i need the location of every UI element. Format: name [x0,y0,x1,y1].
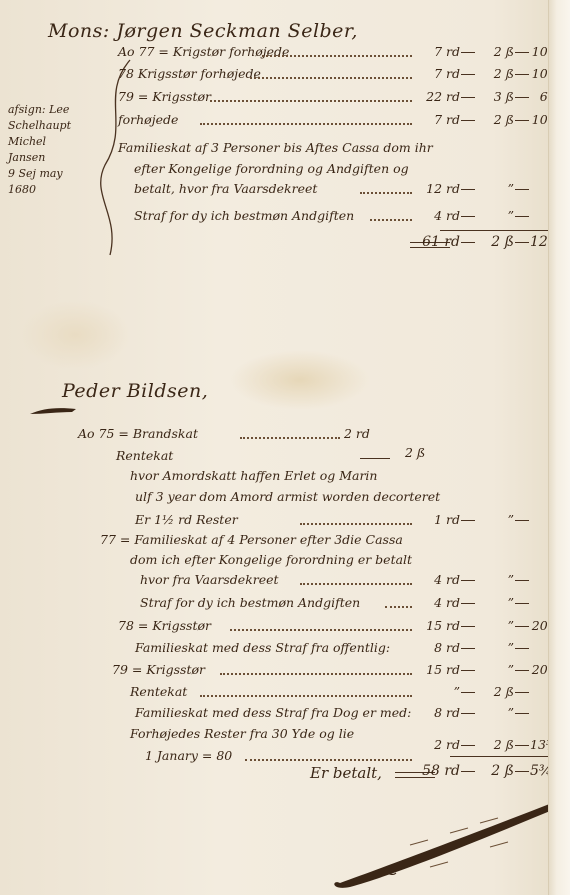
leader-dots [250,77,412,79]
amount-rd: 7 rd [414,66,460,81]
total-mk: 2 ß [476,234,514,250]
leader-dots [240,437,340,439]
amount-row: 4 rd”” [414,595,560,610]
leader-dots [230,629,412,631]
sum-rule [440,230,555,231]
amount-rd: 12 rd [414,181,460,196]
total-label: Er betalt, [310,764,382,782]
paper-stain [20,300,130,370]
leader-dots [220,673,412,675]
amount-row: 4 rd”” [414,208,560,223]
amount-mk: 2 ß [476,684,514,699]
amount-row: 15 rd”20 ß [414,618,560,633]
leader-rule [360,458,390,459]
amount-row: 2 ß [405,445,425,460]
amount-mk: ” [476,595,514,610]
ledger-entry: forhøjede [118,112,178,127]
ledger-entry: 78 Krigsstør forhøjede [118,66,261,81]
margin-note-line: Schelhaupt [8,118,86,134]
ledger-entry: hvor fra Vaarsdekreet [140,572,279,587]
section2-heading: Peder Bildsen, [62,380,208,402]
amount-row: 8 rd”” [414,705,560,720]
amount-rd: 2 rd [344,426,370,441]
ledger-entry: betalt, hvor fra Vaarsdekreet [134,181,317,196]
amount-mk: ” [476,208,514,223]
ledger-entry: 79 = Krigsstør [112,662,205,677]
ledger-entry: Ao 75 = Brandskat [78,426,198,441]
amount-rd: 1 rd [414,512,460,527]
ledger-entry: hvor Amordskatt haffen Erlet og Marin [130,468,377,483]
margin-note: afsign: Lee Schelhaupt Michel Jansen 9 S… [8,102,86,198]
amount-rd: 4 rd [414,572,460,587]
amount-rd: 15 rd [414,618,460,633]
paper-stain [230,350,370,410]
leader-dots [300,523,412,525]
amount-mk: 3 ß [476,89,514,104]
ledger-entry: Straf for dy ich bestmøn Andgiften [140,595,360,610]
ledger-entry: Familieskat med dess Straf fra Dog er me… [135,705,411,720]
leader-dots [370,219,412,221]
amount-mk: ” [476,572,514,587]
amount-rd: 7 rd [414,44,460,59]
leader-dots [210,100,412,102]
amount-row: 8 rd”” [414,640,560,655]
ledger-entry: Familieskat af 3 Personer bis Aftes Cass… [118,140,433,155]
amount-mk: ” [476,662,514,677]
ledger-entry: Familieskat med dess Straf fra offentlig… [135,640,390,655]
leader-dots [245,759,412,761]
margin-note-line: Michel Jansen [8,134,86,166]
amount-mk: 2 ß [476,66,514,81]
amount-row: ”2 ß” [414,684,560,699]
pen-flourish [28,404,78,418]
amount-row: 7 rd2 ß10 ß [414,112,560,127]
amount-mk: 2 ß [405,445,425,460]
total-rd: 58 rd [414,763,460,779]
amount-mk: ” [476,705,514,720]
amount-rd: 4 rd [414,208,460,223]
amount-rd: 8 rd [414,640,460,655]
total-mk: 2 ß [476,763,514,779]
amount-mk: ” [476,512,514,527]
leader-dots [262,55,412,57]
ledger-entry: Rentekat [116,448,173,463]
leader-dots [360,192,412,194]
amount-row: 22 rd3 ß6 ß [414,89,560,104]
manuscript-page: Mons: Jørgen Seckman Selber, afsign: Lee… [0,0,548,895]
ledger-entry: 77 = Familieskat af 4 Personer efter 3di… [100,532,403,547]
amount-rd: ” [414,684,460,699]
ledger-entry: 79 = Krigsstør [118,89,211,104]
leader-dots [200,123,412,125]
amount-row: 7 rd2 ß10 ß [414,66,560,81]
amount-row: 12 rd”” [414,181,560,196]
ledger-entry: Rentekat [130,684,187,699]
amount-mk: ” [476,181,514,196]
ledger-entry: 1 Janary = 80 [145,748,232,763]
section1-total: 61 rd2 ß12 ß [414,234,560,250]
amount-row: 1 rd”” [414,512,560,527]
amount-mk: 2 ß [476,112,514,127]
amount-rd: 7 rd [414,112,460,127]
amount-row: 15 rd”20 ß [414,662,560,677]
amount-mk: 2 ß [476,44,514,59]
amount-row: 2 rd2 ß13¾ ß [414,737,560,752]
margin-note-line: 9 Sej may 1680 [8,166,86,198]
leader-dots [385,606,412,608]
ledger-entry: dom ich efter Kongelige forordning er be… [130,552,412,567]
amount-row: 2 rd [344,426,370,441]
sum-rule [450,756,555,757]
amount-rd: 4 rd [414,595,460,610]
ledger-entry: 78 = Krigsstør [118,618,211,633]
book-gutter [548,0,570,895]
leader-dots [300,583,412,585]
ledger-entry: ulf 3 year dom Amord armist worden decor… [135,489,440,504]
ledger-entry: efter Kongelige forordning og Andgiften … [134,161,409,176]
closing-pen-stroke [330,795,560,895]
amount-rd: 15 rd [414,662,460,677]
amount-rd: 8 rd [414,705,460,720]
margin-note-line: afsign: Lee [8,102,86,118]
amount-mk: 2 ß [476,737,514,752]
amount-rd: 2 rd [414,737,460,752]
section1-heading: Mons: Jørgen Seckman Selber, [48,20,358,42]
ledger-entry: Forhøjedes Rester fra 30 Yde og lie [130,726,354,741]
amount-row: 7 rd2 ß10 ß [414,44,560,59]
amount-row: 4 rd”” [414,572,560,587]
section2-total: 58 rd2 ß5¾ ß [414,763,560,779]
amount-mk: ” [476,640,514,655]
total-rd: 61 rd [414,234,460,250]
amount-rd: 22 rd [414,89,460,104]
leader-dots [200,695,412,697]
ledger-entry: Straf for dy ich bestmøn Andgiften [134,208,354,223]
ledger-entry: Er 1½ rd Rester [135,512,238,527]
amount-mk: ” [476,618,514,633]
